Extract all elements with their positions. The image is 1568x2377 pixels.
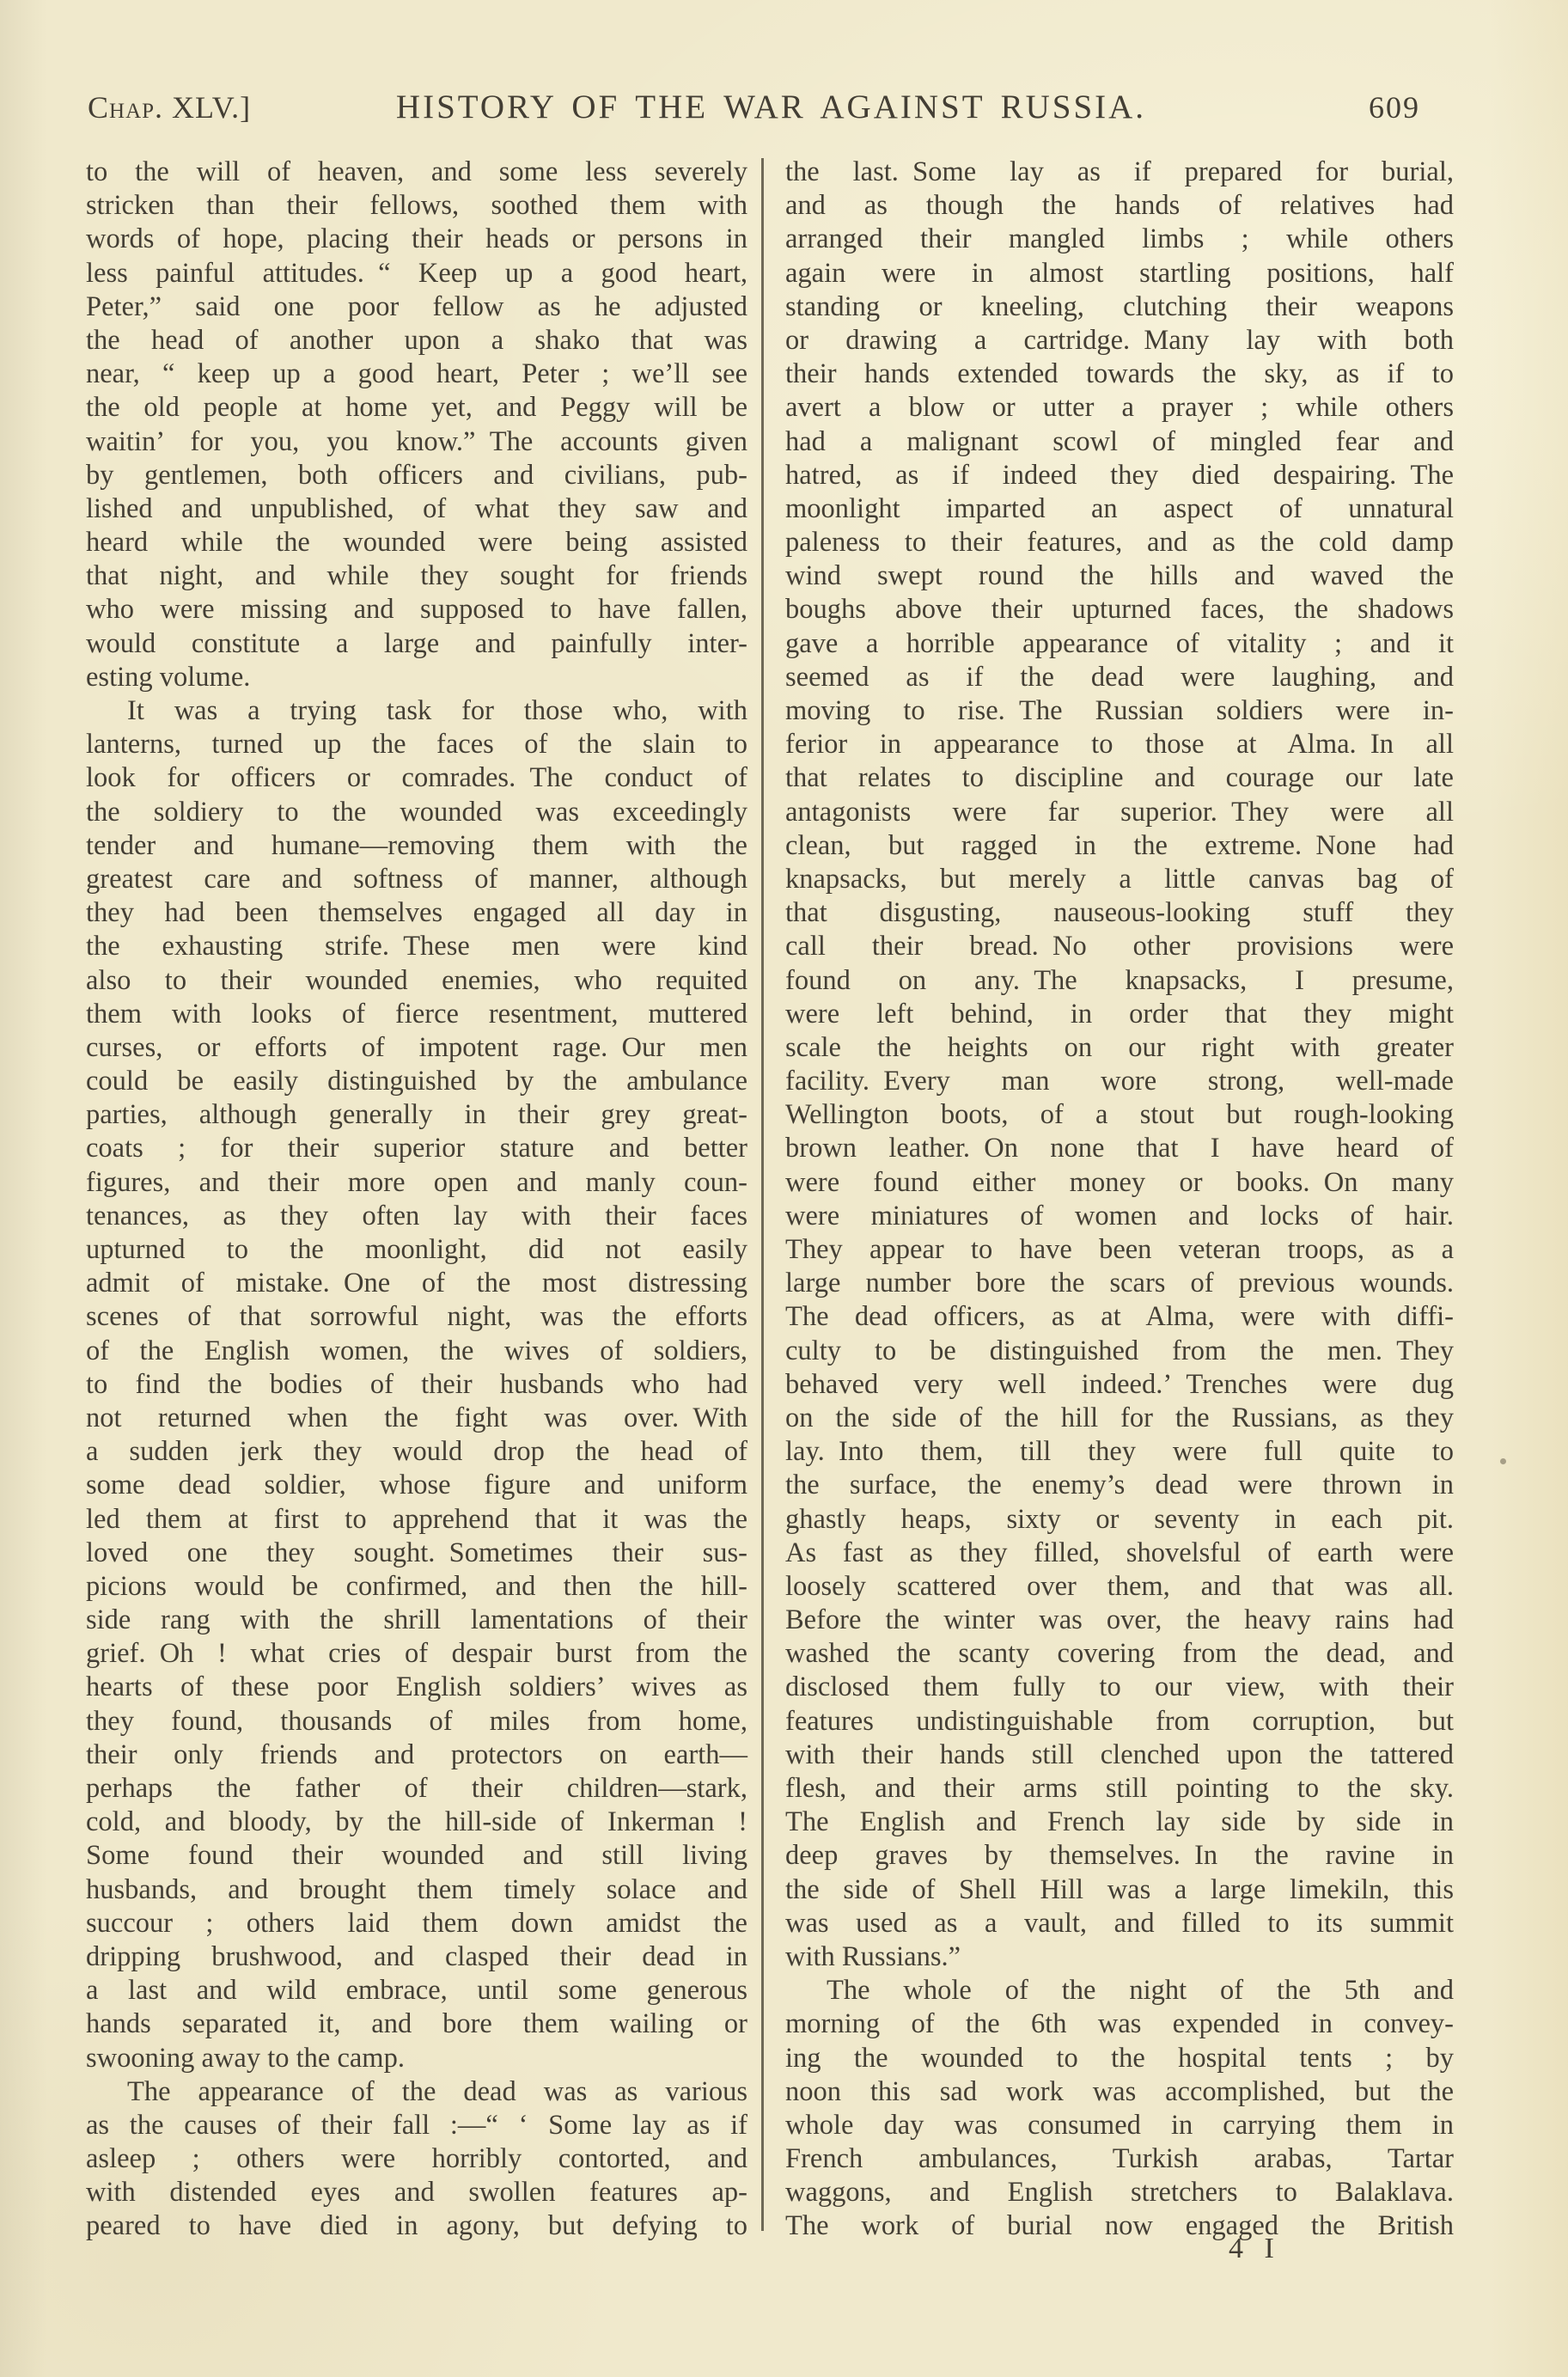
text-line: could be easily distinguished by the amb…: [86, 1065, 747, 1098]
text-line: would constitute a large and painfully i…: [86, 627, 747, 661]
text-line: Before the winter was over, the heavy ra…: [785, 1604, 1454, 1637]
text-line: look for officers or comrades. The condu…: [86, 761, 747, 795]
book-page: Chap. XLV.] HISTORY OF THE WAR AGAINST R…: [0, 0, 1568, 2377]
text-line: a sudden jerk they would drop the head o…: [86, 1435, 747, 1469]
text-line: asleep ; others were horribly contorted,…: [86, 2142, 747, 2176]
text-line: was used as a vault, and filled to its s…: [785, 1907, 1454, 1940]
text-line: avert a blow or utter a prayer ; while o…: [785, 391, 1454, 425]
text-line: The work of burial now engaged the Briti…: [785, 2209, 1454, 2243]
text-line: were left behind, in order that they mig…: [785, 998, 1454, 1031]
text-line: lanterns, turned up the faces of the sla…: [86, 728, 747, 761]
column-divider-rule: [761, 158, 764, 2231]
text-line: the old people at home yet, and Peggy wi…: [86, 391, 747, 425]
text-line: upturned to the moonlight, did not easil…: [86, 1233, 747, 1267]
text-line: as the causes of their fall :—“ ‘ Some l…: [86, 2109, 747, 2142]
text-line: waggons, and English stretchers to Balak…: [785, 2176, 1454, 2209]
text-line: standing or kneeling, clutching their we…: [785, 290, 1454, 324]
text-line: call their bread. No other provisions we…: [785, 930, 1454, 963]
text-line: side rang with the shrill lamentations o…: [86, 1604, 747, 1637]
text-line: arranged their mangled limbs ; while oth…: [785, 223, 1454, 256]
text-line: As fast as they filled, shovelsful of ea…: [785, 1537, 1454, 1570]
text-line: facility. Every man wore strong, well-ma…: [785, 1065, 1454, 1098]
text-line: to find the bodies of their husbands who…: [86, 1368, 747, 1402]
text-line: scale the heights on our right with grea…: [785, 1031, 1454, 1065]
text-line: antagonists were far superior. They were…: [785, 796, 1454, 829]
text-line: they had been themselves engaged all day…: [86, 896, 747, 930]
text-line: curses, or efforts of impotent rage. Our…: [86, 1031, 747, 1065]
text-line: They appear to have been veteran troops,…: [785, 1233, 1454, 1267]
text-line: stricken than their fellows, soothed the…: [86, 189, 747, 223]
text-line: with their hands still clenched upon the…: [785, 1738, 1454, 1772]
text-line: hands separated it, and bore them wailin…: [86, 2007, 747, 2041]
text-line: they found, thousands of miles from home…: [86, 1705, 747, 1738]
text-line: the surface, the enemy’s dead were throw…: [785, 1469, 1454, 1502]
column-left: to the will of heaven, and some less sev…: [86, 156, 747, 2244]
text-line: greatest care and softness of manner, al…: [86, 863, 747, 896]
text-line: the last. Some lay as if prepared for bu…: [785, 156, 1454, 189]
text-line: were found either money or books. On man…: [785, 1166, 1454, 1200]
text-line: disclosed them fully to our view, with t…: [785, 1671, 1454, 1704]
text-line: tender and humane—removing them with the: [86, 829, 747, 863]
text-line: esting volume.: [86, 661, 747, 694]
text-line: led them at first to apprehend that it w…: [86, 1503, 747, 1537]
text-line: figures, and their more open and manly c…: [86, 1166, 747, 1200]
text-line: or drawing a cartridge. Many lay with bo…: [785, 324, 1454, 357]
text-line: their hands extended towards the sky, as…: [785, 357, 1454, 391]
text-line: perhaps the father of their children—sta…: [86, 1772, 747, 1806]
text-line: knapsacks, but merely a little canvas ba…: [785, 863, 1454, 896]
text-line: large number bore the scars of previous …: [785, 1267, 1454, 1300]
text-line: moving to rise. The Russian soldiers wer…: [785, 694, 1454, 728]
text-line: the soldiery to the wounded was exceedin…: [86, 796, 747, 829]
text-line: had a malignant scowl of mingled fear an…: [785, 425, 1454, 459]
text-line: not returned when the fight was over. Wi…: [86, 1402, 747, 1435]
text-line: Some found their wounded and still livin…: [86, 1839, 747, 1873]
text-line: of the English women, the wives of soldi…: [86, 1335, 747, 1368]
text-line: coats ; for their superior stature and b…: [86, 1132, 747, 1165]
ink-speck: [1500, 1458, 1506, 1464]
text-line: Peter,” said one poor fellow as he adjus…: [86, 290, 747, 324]
text-line: French ambulances, Turkish arabas, Tarta…: [785, 2142, 1454, 2176]
text-line: by gentlemen, both officers and civilian…: [86, 459, 747, 492]
text-line: swooning away to the camp.: [86, 2042, 747, 2075]
text-line: The whole of the night of the 5th and: [785, 1974, 1454, 2007]
text-line: behaved very well indeed.’ Trenches were…: [785, 1368, 1454, 1402]
text-line: noon this sad work was accomplished, but…: [785, 2075, 1454, 2109]
text-line: near, “ keep up a good heart, Peter ; we…: [86, 357, 747, 391]
text-line: morning of the 6th was expended in conve…: [785, 2007, 1454, 2041]
text-line: ghastly heaps, sixty or seventy in each …: [785, 1503, 1454, 1537]
text-line: on the side of the hill for the Russians…: [785, 1402, 1454, 1435]
signature-mark: 4 I: [1229, 2233, 1281, 2265]
text-line: grief. Oh ! what cries of despair burst …: [86, 1637, 747, 1671]
text-line: parties, although generally in their gre…: [86, 1098, 747, 1132]
text-line: loosely scattered over them, and that wa…: [785, 1570, 1454, 1604]
text-line: hatred, as if indeed they died despairin…: [785, 459, 1454, 492]
text-line: their only friends and protectors on ear…: [86, 1738, 747, 1772]
text-line: them with looks of fierce resentment, mu…: [86, 998, 747, 1031]
text-line: the side of Shell Hill was a large limek…: [785, 1873, 1454, 1907]
text-line: to the will of heaven, and some less sev…: [86, 156, 747, 189]
text-line: the head of another upon a shako that wa…: [86, 324, 747, 357]
text-line: ing the wounded to the hospital tents ; …: [785, 2042, 1454, 2075]
chapter-label: Chap. XLV.]: [88, 89, 251, 125]
text-line: found on any. The knapsacks, I presume,: [785, 964, 1454, 998]
text-line: that disgusting, nauseous-looking stuff …: [785, 896, 1454, 930]
text-line: that relates to discipline and courage o…: [785, 761, 1454, 795]
text-line: cold, and bloody, by the hill-side of In…: [86, 1806, 747, 1839]
text-line: whole day was consumed in carrying them …: [785, 2109, 1454, 2142]
text-line: boughs above their upturned faces, the s…: [785, 593, 1454, 626]
text-line: ferior in appearance to those at Alma. I…: [785, 728, 1454, 761]
text-line: peared to have died in agony, but defyin…: [86, 2209, 747, 2243]
text-line: It was a trying task for those who, with: [86, 694, 747, 728]
text-line: some dead soldier, whose figure and unif…: [86, 1469, 747, 1502]
text-line: deep graves by themselves. In the ravine…: [785, 1839, 1454, 1873]
text-line: husbands, and brought them timely solace…: [86, 1873, 747, 1907]
text-line: gave a horrible appearance of vitality ;…: [785, 627, 1454, 661]
page-number: 609: [1369, 89, 1420, 125]
text-line: wind swept round the hills and waved the: [785, 559, 1454, 593]
text-line: admit of mistake. One of the most distre…: [86, 1267, 747, 1300]
text-line: dripping brushwood, and clasped their de…: [86, 1940, 747, 1974]
text-line: tenances, as they often lay with their f…: [86, 1200, 747, 1233]
text-line: with Russians.”: [785, 1940, 1454, 1974]
text-line: a last and wild embrace, until some gene…: [86, 1974, 747, 2007]
text-line: also to their wounded enemies, who requi…: [86, 964, 747, 998]
text-line: brown leather. On none that I have heard…: [785, 1132, 1454, 1165]
text-line: loved one they sought. Sometimes their s…: [86, 1537, 747, 1570]
text-line: picions would be confirmed, and then the…: [86, 1570, 747, 1604]
text-line: The English and French lay side by side …: [785, 1806, 1454, 1839]
text-line: clean, but ragged in the extreme. None h…: [785, 829, 1454, 863]
text-line: paleness to their features, and as the c…: [785, 526, 1454, 559]
text-line: again were in almost startling positions…: [785, 257, 1454, 290]
text-line: heard while the wounded were being assis…: [86, 526, 747, 559]
text-line: with distended eyes and swollen features…: [86, 2176, 747, 2209]
text-line: lay. Into them, till they were full quit…: [785, 1435, 1454, 1469]
column-right: the last. Some lay as if prepared for bu…: [785, 156, 1454, 2244]
text-line: The dead officers, as at Alma, were with…: [785, 1300, 1454, 1334]
text-line: The appearance of the dead was as variou…: [86, 2075, 747, 2109]
text-line: seemed as if the dead were laughing, and: [785, 661, 1454, 694]
text-line: washed the scanty covering from the dead…: [785, 1637, 1454, 1671]
text-line: and as though the hands of relatives had: [785, 189, 1454, 223]
text-line: less painful attitudes. “ Keep up a good…: [86, 257, 747, 290]
text-line: succour ; others laid them down amidst t…: [86, 1907, 747, 1940]
text-line: Wellington boots, of a stout but rough-l…: [785, 1098, 1454, 1132]
text-line: lished and unpublished, of what they saw…: [86, 492, 747, 526]
text-line: words of hope, placing their heads or pe…: [86, 223, 747, 256]
text-line: that night, and while they sought for fr…: [86, 559, 747, 593]
text-line: who were missing and supposed to have fa…: [86, 593, 747, 626]
text-line: culty to be distinguished from the men. …: [785, 1335, 1454, 1368]
text-line: the exhausting strife. These men were ki…: [86, 930, 747, 963]
text-line: waitin’ for you, you know.” The accounts…: [86, 425, 747, 459]
text-line: scenes of that sorrowful night, was the …: [86, 1300, 747, 1334]
text-line: moonlight imparted an aspect of unnatura…: [785, 492, 1454, 526]
running-title: HISTORY OF THE WAR AGAINST RUSSIA.: [258, 88, 1284, 126]
text-line: flesh, and their arms still pointing to …: [785, 1772, 1454, 1806]
text-line: features undistinguishable from corrupti…: [785, 1705, 1454, 1738]
text-line: were miniatures of women and locks of ha…: [785, 1200, 1454, 1233]
text-line: hearts of these poor English soldiers’ w…: [86, 1671, 747, 1704]
